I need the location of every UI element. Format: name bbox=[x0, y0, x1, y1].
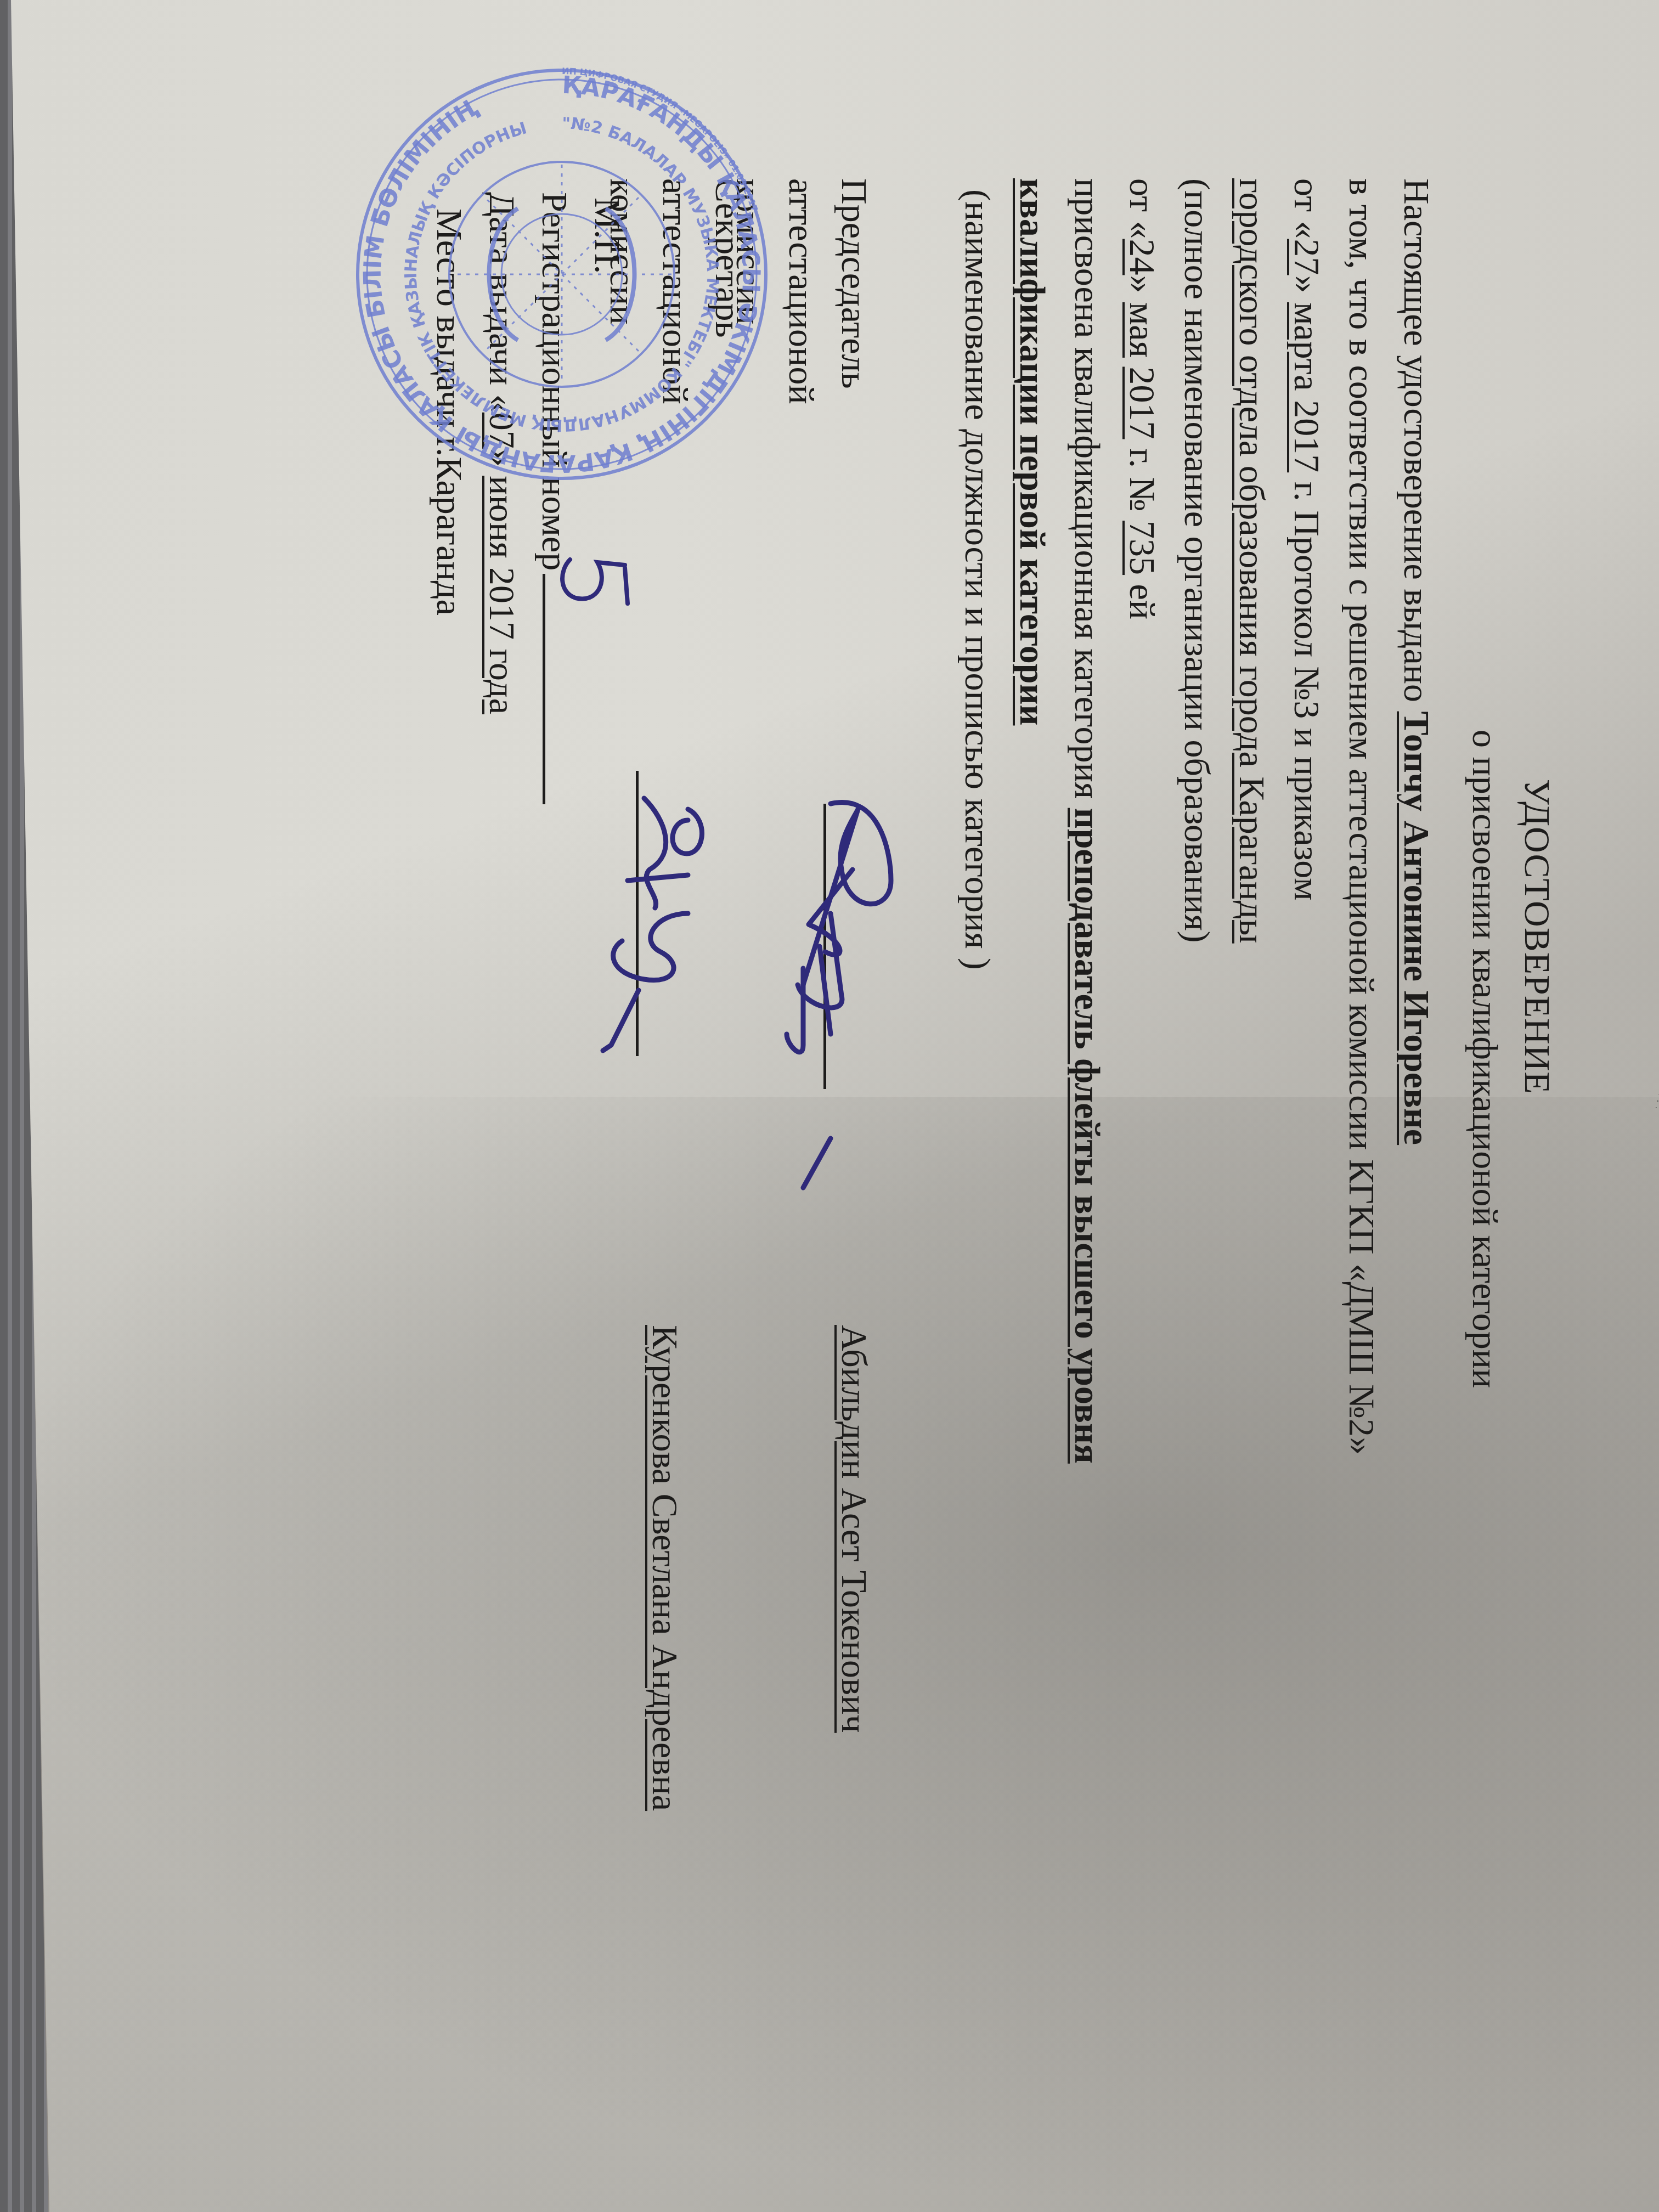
body-line-category: присвоена квалификационная категория пре… bbox=[1058, 178, 1113, 2044]
issued-to-label: Настоящее удостоверение выдано bbox=[1396, 178, 1436, 712]
body-line-category-hint: (наименование должности и прописью катег… bbox=[949, 178, 1003, 2044]
order-number: 735 bbox=[1122, 521, 1162, 575]
text-fragment: г. Протокол №3 и приказом bbox=[1286, 472, 1327, 901]
handwritten-five-icon bbox=[554, 549, 636, 614]
issue-month-year: июня 2017 года bbox=[482, 476, 522, 714]
body-line-organization-hint: (полное наименование организации образов… bbox=[1168, 178, 1223, 2044]
order-month: мая bbox=[1122, 302, 1162, 358]
chair-signature-row: Председатель аттестационой комиссии Абил… bbox=[754, 178, 880, 2044]
position-title: преподаватель флейты высшего уровня bbox=[1067, 808, 1107, 1464]
document-title: УДОСТОВЕРЕНИЕ bbox=[1510, 779, 1563, 1094]
chair-name: Абильдин Асет Токенович bbox=[827, 1325, 880, 1733]
registration-number-handwritten bbox=[539, 549, 636, 614]
body-line-issued-to: Настоящее удостоверение выдано Топчу Ант… bbox=[1387, 178, 1442, 2044]
text-fragment: г. № bbox=[1122, 439, 1162, 521]
order-year: 2017 bbox=[1122, 366, 1162, 439]
body-line-protocol: от «27» марта 2017 г. Протокол №3 и прик… bbox=[1278, 178, 1333, 2044]
protocol-month-year: марта 2017 bbox=[1286, 302, 1327, 472]
body-line-decision: в том, что в соответствии с решением атт… bbox=[1333, 178, 1387, 2044]
qualification-category: квалификации первой категории bbox=[1003, 178, 1058, 2044]
secretary-name: Куренкова Светлана Андреевна bbox=[638, 1325, 691, 1811]
document-subtitle: о присвоении квалификационой категории bbox=[1458, 730, 1511, 1388]
official-stamp-icon: ҚАРАҒАНДЫ ҚАЛАСЫ ӘКІМДІГІНІҢ ҚАРАҒАНДЫ Қ… bbox=[353, 66, 770, 483]
recipient-name: Топчу Антонине Игоревне bbox=[1396, 712, 1436, 1145]
text-fragment: от « bbox=[1122, 178, 1162, 239]
text-fragment: » bbox=[1122, 275, 1162, 302]
body-line-organization: городского отдела образования города Кар… bbox=[1223, 178, 1278, 2044]
text-fragment: от « bbox=[1286, 178, 1327, 239]
order-day: 24 bbox=[1122, 239, 1162, 275]
certificate-body: Настоящее удостоверение выдано Топчу Ант… bbox=[949, 178, 1442, 2044]
text-fragment: ей bbox=[1122, 575, 1162, 619]
protocol-day: 27 bbox=[1286, 239, 1327, 275]
body-line-order: от «24» мая 2017 г. № 735 ей bbox=[1113, 178, 1168, 2044]
text-fragment: » bbox=[1286, 275, 1327, 302]
chair-signature-icon bbox=[770, 787, 913, 1204]
text-fragment bbox=[1122, 358, 1162, 367]
ink-specks bbox=[1588, 977, 1659, 1229]
text-fragment: присвоена квалификационная категория bbox=[1067, 178, 1107, 808]
chair-label-line-1: Председатель аттестационой bbox=[775, 178, 880, 562]
certificate-document: УДОСТОВЕРЕНИЕ о присвоении квалификацион… bbox=[68, 0, 1659, 2140]
